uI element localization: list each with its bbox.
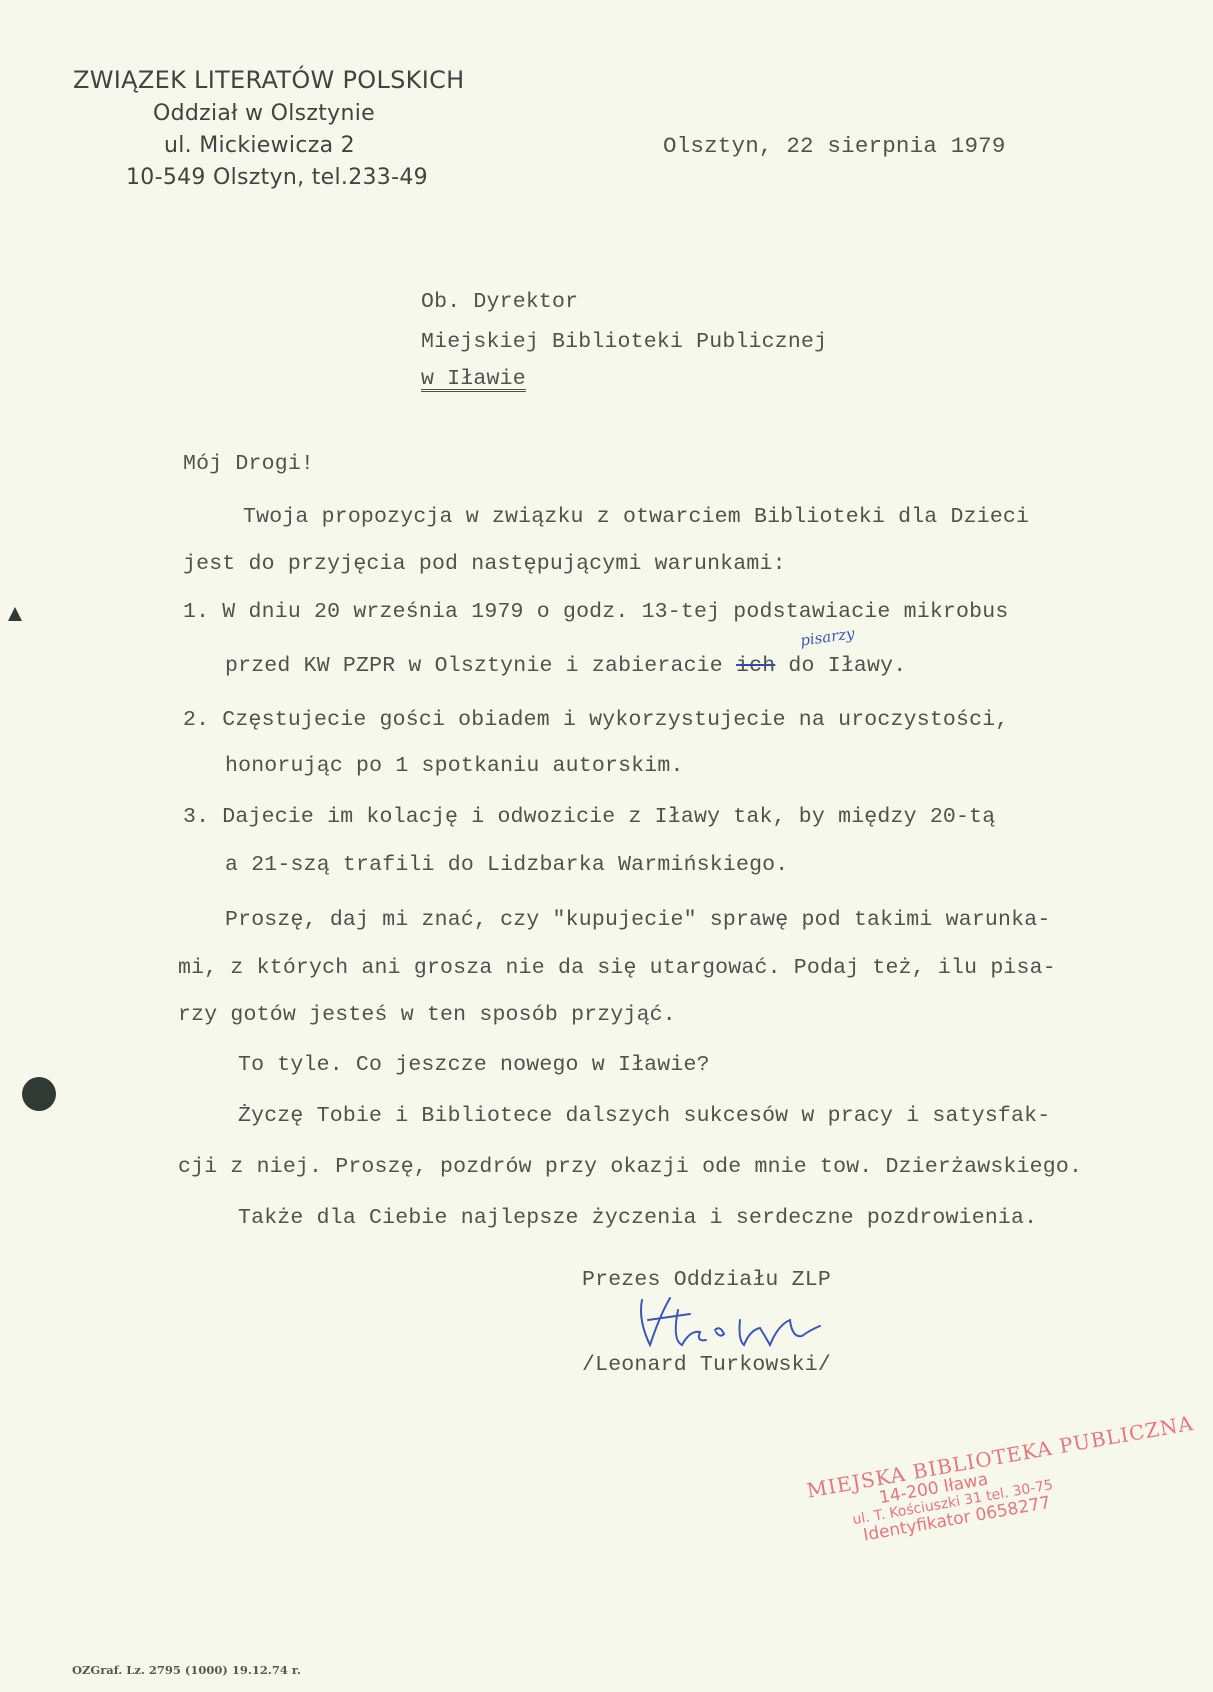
letterhead-org: ZWIĄZEK LITERATÓW POLSKICH [73,66,464,94]
body-line-11: rzy gotów jesteś w ten sposób przyjąć. [178,1003,676,1027]
body-line-12: To tyle. Co jeszcze nowego w Iławie? [238,1053,710,1077]
punch-mark-triangle [8,607,22,621]
body-line-3: 1. W dniu 20 września 1979 o godz. 13-te… [183,600,1008,624]
body-line-15: Także dla Ciebie najlepsze życzenia i se… [238,1206,1037,1230]
body-line-1: Twoja propozycja w związku z otwarciem B… [243,505,1029,529]
body-line-10: mi, z których ani grosza nie da się utar… [178,956,1056,980]
date-line: Olsztyn, 22 sierpnia 1979 [663,133,1006,159]
letterhead-branch: Oddział w Olsztynie [153,101,375,126]
body-line-2: jest do przyjęcia pod następującymi waru… [183,552,786,576]
recipient-line-3: w Iławie [421,367,526,391]
body-line-13: Życzę Tobie i Bibliotece dalszych sukces… [238,1104,1050,1128]
body-line-6: honorując po 1 spotkaniu autorskim. [225,754,684,778]
body-line-4-text: przed KW PZPR w Olsztynie i zabieracie [225,654,723,678]
closing-title: Prezes Oddziału ZLP [582,1268,831,1292]
body-line-9: Proszę, daj mi znać, czy "kupujecie" spr… [225,908,1050,932]
body-line-4-end: do Iławy. [788,654,906,678]
handwritten-correction: pisarzy [799,624,856,649]
body-line-14: cji z niej. Proszę, pozdrów przy okazji … [178,1155,1082,1179]
punch-hole-mark [22,1077,56,1111]
letterhead-city-phone: 10-549 Olsztyn, tel.233-49 [126,165,428,190]
struck-word: ich [736,654,775,678]
print-footer: OZGraf. Lz. 2795 (1000) 19.12.74 r. [72,1663,301,1677]
letterhead-street: ul. Mickiewicza 2 [164,133,355,158]
signature-icon [620,1290,850,1360]
body-line-5: 2. Częstujecie gości obiadem i wykorzyst… [183,708,1008,732]
recipient-line-1: Ob. Dyrektor [421,290,578,314]
body-line-8: a 21-szą trafili do Lidzbarka Warmińskie… [225,853,788,877]
greeting: Mój Drogi! [183,452,314,476]
body-line-7: 3. Dajecie im kolację i odwozicie z Iław… [183,805,995,829]
body-line-4: przed KW PZPR w Olsztynie i zabieracie i… [225,654,906,678]
recipient-line-2: Miejskiej Biblioteki Publicznej [421,330,827,354]
closing-name: /Leonard Turkowski/ [582,1353,831,1377]
library-stamp: MIEJSKA BIBLIOTEKA PUBLICZNA 14-200 Iław… [805,1412,1204,1554]
